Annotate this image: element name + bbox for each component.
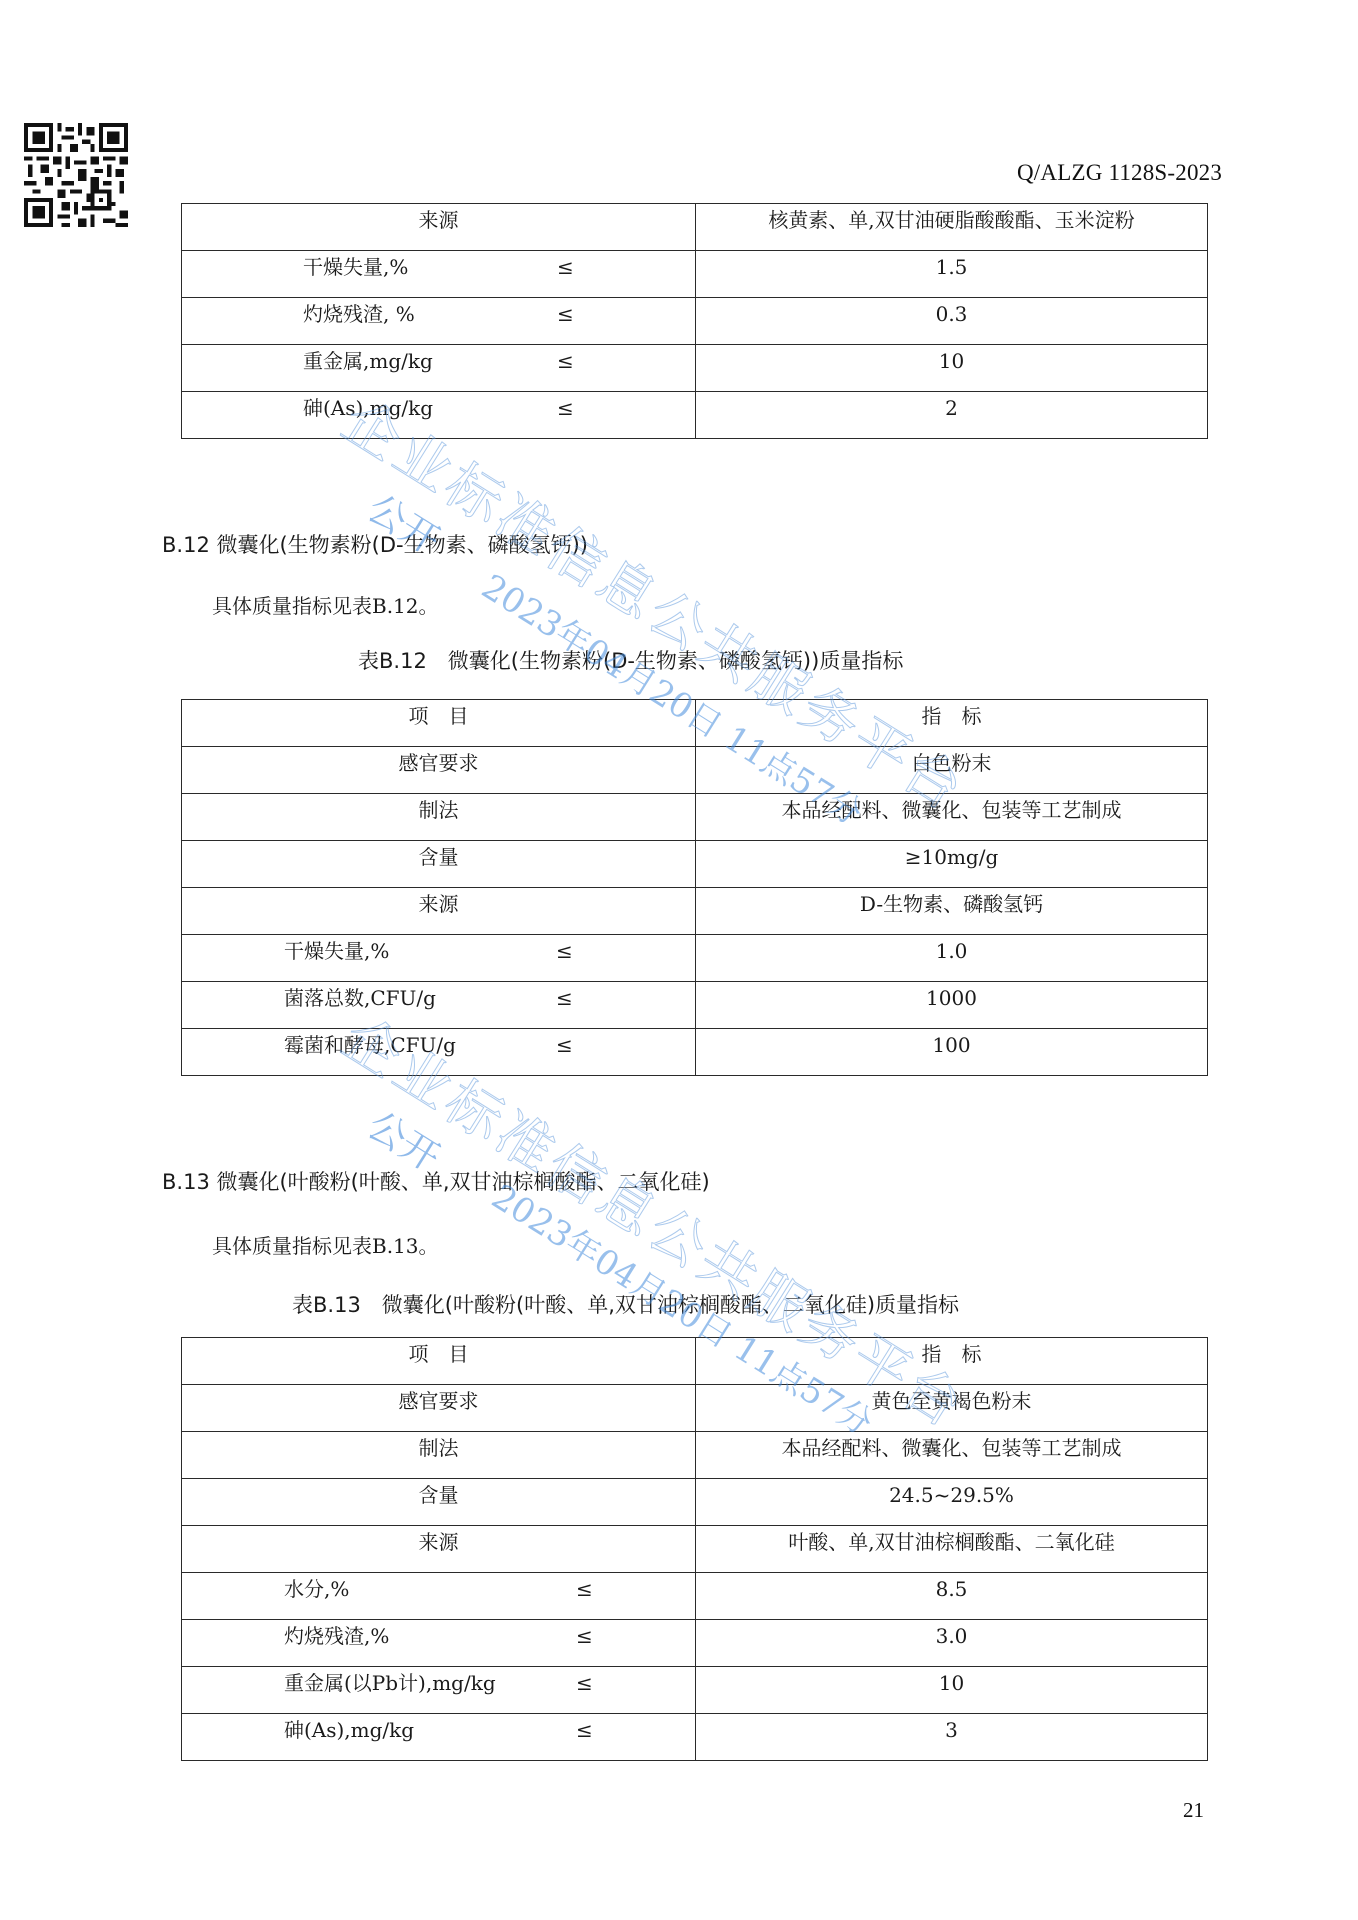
page-number: 21 [1183,1798,1204,1823]
table-row: 来源 叶酸、单,双甘油棕榈酸酯、二氧化硅 [182,1526,1208,1573]
column-header-item: 项 目 [182,700,695,746]
table-cell-item: 干燥失量,% [303,253,408,281]
table-b13: 项 目 指 标 感官要求 黄色至黄褐色粉末 制法 本品经配料、微囊化、包装等工艺… [181,1337,1208,1761]
table-cell-item: 重金属(以Pb计),mg/kg [284,1669,496,1697]
less-equal-symbol: ≤ [557,253,574,281]
table-cell-item: 来源 [182,1526,695,1572]
table-row: 砷(As),mg/kg≤ 3 [182,1714,1208,1761]
table-cell-value: 8.5 [696,1573,1207,1619]
table-row: 霉菌和酵母,CFU/g≤ 100 [182,1029,1208,1076]
table-cell-item: 制法 [182,1432,695,1478]
table-row: 感官要求 黄色至黄褐色粉末 [182,1385,1208,1432]
table-row: 砷(As),mg/kg≤ 2 [182,392,1208,439]
section-intro-b13: 具体质量指标见表B.13。 [212,1230,439,1259]
table-cell-item: 砷(As),mg/kg [284,1716,414,1744]
table-cell-item: 砷(As),mg/kg [303,394,433,422]
table-caption-b13: 表B.13 微囊化(叶酸粉(叶酸、单,双甘油棕榈酸酯、二氧化硅)质量指标 [292,1289,959,1319]
less-equal-symbol: ≤ [576,1575,593,1603]
table-cell-value: 1.0 [696,935,1207,981]
table-row: 菌落总数,CFU/g≤ 1000 [182,982,1208,1029]
table-row: 重金属(以Pb计),mg/kg≤ 10 [182,1667,1208,1714]
table-row: 来源 D-生物素、磷酸氢钙 [182,888,1208,935]
table-cell-value: 10 [696,1667,1207,1713]
table-row: 制法 本品经配料、微囊化、包装等工艺制成 [182,794,1208,841]
less-equal-symbol: ≤ [576,1716,593,1744]
less-equal-symbol: ≤ [557,300,574,328]
table-cell-value: 100 [696,1029,1207,1075]
table-row: 干燥失量,%≤ 1.5 [182,251,1208,298]
table-cell-value: ≥10mg/g [696,841,1207,887]
less-equal-symbol: ≤ [557,394,574,422]
table-header-row: 项 目 指 标 [182,1338,1208,1385]
table-cell-item: 感官要求 [182,1385,695,1431]
table-row: 水分,%≤ 8.5 [182,1573,1208,1620]
table-row: 来源 核黄素、单,双甘油硬脂酸酸酯、玉米淀粉 [182,204,1208,251]
table-row: 感官要求 白色粉末 [182,747,1208,794]
table-cell-item: 干燥失量,% [284,937,389,965]
table-cell-value: 本品经配料、微囊化、包装等工艺制成 [696,794,1207,840]
table-b12: 项 目 指 标 感官要求 白色粉末 制法 本品经配料、微囊化、包装等工艺制成 含… [181,699,1208,1076]
table-cell-value: 叶酸、单,双甘油棕榈酸酯、二氧化硅 [696,1526,1207,1572]
table-cell-value: 24.5~29.5% [696,1479,1207,1525]
table-cell-value: D-生物素、磷酸氢钙 [696,888,1207,934]
table-b11-continued: 来源 核黄素、单,双甘油硬脂酸酸酯、玉米淀粉 干燥失量,%≤ 1.5 灼烧残渣,… [181,203,1208,439]
section-heading-b13: B.13 微囊化(叶酸粉(叶酸、单,双甘油棕榈酸酯、二氧化硅) [162,1166,710,1196]
table-cell-item: 含量 [182,841,695,887]
table-cell-item: 来源 [182,204,695,250]
table-cell-value: 10 [696,345,1207,391]
table-cell-value: 白色粉末 [696,747,1207,793]
table-row: 干燥失量,%≤ 1.0 [182,935,1208,982]
table-cell-value: 1000 [696,982,1207,1028]
table-row: 含量 ≥10mg/g [182,841,1208,888]
table-cell-item: 霉菌和酵母,CFU/g [284,1031,456,1059]
less-equal-symbol: ≤ [556,1031,573,1059]
table-header-row: 项 目 指 标 [182,700,1208,747]
table-row: 灼烧残渣,%≤ 3.0 [182,1620,1208,1667]
less-equal-symbol: ≤ [576,1669,593,1697]
table-cell-item: 感官要求 [182,747,695,793]
table-cell-value: 3.0 [696,1620,1207,1666]
less-equal-symbol: ≤ [576,1622,593,1650]
less-equal-symbol: ≤ [556,937,573,965]
table-cell-value: 2 [696,392,1207,438]
column-header-value: 指 标 [696,1338,1207,1384]
table-row: 重金属,mg/kg≤ 10 [182,345,1208,392]
table-cell-value: 核黄素、单,双甘油硬脂酸酸酯、玉米淀粉 [696,204,1207,250]
table-row: 含量 24.5~29.5% [182,1479,1208,1526]
table-cell-item: 含量 [182,1479,695,1525]
table-cell-item: 水分,% [284,1575,349,1603]
table-cell-value: 3 [696,1714,1207,1760]
section-intro-b12: 具体质量指标见表B.12。 [212,590,439,619]
qr-code-icon [24,123,128,227]
table-cell-item: 来源 [182,888,695,934]
table-caption-b12: 表B.12 微囊化(生物素粉(D-生物素、磷酸氢钙))质量指标 [358,645,903,675]
table-cell-item: 制法 [182,794,695,840]
column-header-item: 项 目 [182,1338,695,1384]
table-row: 制法 本品经配料、微囊化、包装等工艺制成 [182,1432,1208,1479]
table-row: 灼烧残渣, %≤ 0.3 [182,298,1208,345]
table-cell-value: 1.5 [696,251,1207,297]
table-cell-item: 灼烧残渣,% [284,1622,389,1650]
table-cell-value: 黄色至黄褐色粉末 [696,1385,1207,1431]
standard-code: Q/ALZG 1128S-2023 [1017,160,1222,186]
column-header-value: 指 标 [696,700,1207,746]
table-cell-value: 本品经配料、微囊化、包装等工艺制成 [696,1432,1207,1478]
less-equal-symbol: ≤ [556,984,573,1012]
section-heading-b12: B.12 微囊化(生物素粉(D-生物素、磷酸氢钙)) [162,529,588,559]
table-cell-item: 菌落总数,CFU/g [284,984,436,1012]
less-equal-symbol: ≤ [557,347,574,375]
table-cell-item: 灼烧残渣, % [303,300,415,328]
table-cell-item: 重金属,mg/kg [303,347,433,375]
table-cell-value: 0.3 [696,298,1207,344]
